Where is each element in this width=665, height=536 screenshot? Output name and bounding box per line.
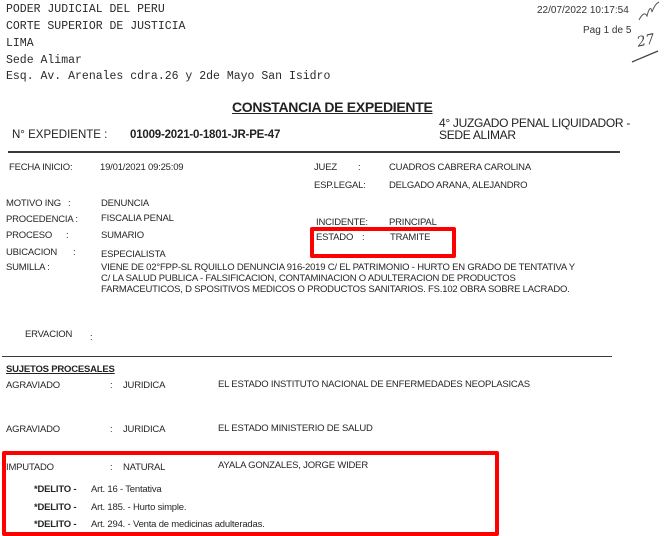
party-3-name: AYALA GONZALES, JORGE WIDER <box>218 460 368 471</box>
delito-2-text: Art. 185. - Hurto simple. <box>91 502 186 513</box>
party-2-name: EL ESTADO MINISTERIO DE SALUD <box>218 423 373 434</box>
header-line-city: LIMA <box>6 37 34 50</box>
header-line-court: CORTE SUPERIOR DE JUSTICIA <box>6 20 185 33</box>
ubicacion-label: UBICACION <box>6 247 57 258</box>
ubicacion-sep: : <box>73 247 75 258</box>
divider-sujetos <box>2 356 612 357</box>
esp-legal-value: DELGADO ARANA, ALEJANDRO <box>389 180 527 191</box>
header-line-sede: Sede Alimar <box>6 54 82 67</box>
party-1-name: EL ESTADO INSTITUTO NACIONAL DE ENFERMED… <box>218 379 530 390</box>
juez-sep: : <box>358 162 360 173</box>
page-title: CONSTANCIA DE EXPEDIENTE <box>232 99 433 115</box>
print-datetime: 22/07/2022 10:17:54 <box>537 5 629 16</box>
procedencia-label: PROCEDENCIA : <box>6 214 78 225</box>
handwritten-underline-icon <box>630 48 660 64</box>
signature-scribble-icon <box>636 0 662 24</box>
party-3-sep: : <box>110 462 112 473</box>
proceso-value: SUMARIO <box>101 230 144 241</box>
party-3-type: NATURAL <box>123 462 165 473</box>
sujetos-procesales-heading: SUJETOS PROCESALES <box>6 364 115 375</box>
estado-highlight-box <box>310 227 456 258</box>
observacion-label: ERVACION <box>25 329 72 340</box>
divider-top <box>8 151 620 153</box>
sumilla-label: SUMILLA : <box>6 262 50 273</box>
motivo-ing-value: DENUNCIA <box>101 198 149 209</box>
party-3-role: IMPUTADO <box>6 462 54 473</box>
sumilla-line-3: FARMACEUTICOS, D SPOSITIVOS MEDICOS O PR… <box>101 284 570 295</box>
fecha-inicio-value: 19/01/2021 09:25:09 <box>100 162 183 173</box>
expediente-number: 01009-2021-0-1801-JR-PE-47 <box>130 129 280 141</box>
sumilla-line-2: C/ LA SALUD PUBLICA - FALSIFICACION, CON… <box>101 273 516 284</box>
party-1-sep: : <box>110 380 112 391</box>
procedencia-value: FISCALIA PENAL <box>101 213 174 224</box>
observacion-sep: : <box>90 332 92 343</box>
header-line-institution: PODER JUDICIAL DEL PERU <box>6 3 165 16</box>
delito-1-tag: *DELITO - <box>34 484 76 495</box>
esp-legal-label: ESP.LEGAL: <box>314 180 366 191</box>
delito-1-text: Art. 16 - Tentativa <box>91 484 161 495</box>
party-2-role: AGRAVIADO <box>6 424 60 435</box>
juez-value: CUADROS CABRERA CAROLINA <box>389 162 531 173</box>
party-1-type: JURIDICA <box>123 380 165 391</box>
party-1-role: AGRAVIADO <box>6 380 60 391</box>
delito-3-tag: *DELITO - <box>34 519 76 530</box>
motivo-ing-sep: : <box>68 198 70 209</box>
party-2-type: JURIDICA <box>123 424 165 435</box>
proceso-label: PROCESO <box>6 230 52 241</box>
header-line-address: Esq. Av. Arenales cdra.26 y 2de Mayo San… <box>6 70 330 83</box>
delito-3-text: Art. 294. - Venta de medicinas adulterad… <box>91 519 265 530</box>
party-2-sep: : <box>110 424 112 435</box>
delito-2-tag: *DELITO - <box>34 502 76 513</box>
motivo-ing-label: MOTIVO ING <box>6 198 61 209</box>
ubicacion-value: ESPECIALISTA <box>101 249 165 260</box>
page-indicator: Pag 1 de 5 <box>583 25 631 36</box>
juez-label: JUEZ <box>314 162 337 173</box>
expediente-label: N° EXPEDIENTE : <box>12 129 107 141</box>
proceso-sep: : <box>66 230 68 241</box>
sumilla-line-1: VIENE DE 02°FPP-SL RQUILLO DENUNCIA 916-… <box>101 262 575 273</box>
fecha-inicio-label: FECHA INICIO: <box>9 162 72 173</box>
juzgado-line-2: SEDE ALIMAR <box>439 129 516 141</box>
